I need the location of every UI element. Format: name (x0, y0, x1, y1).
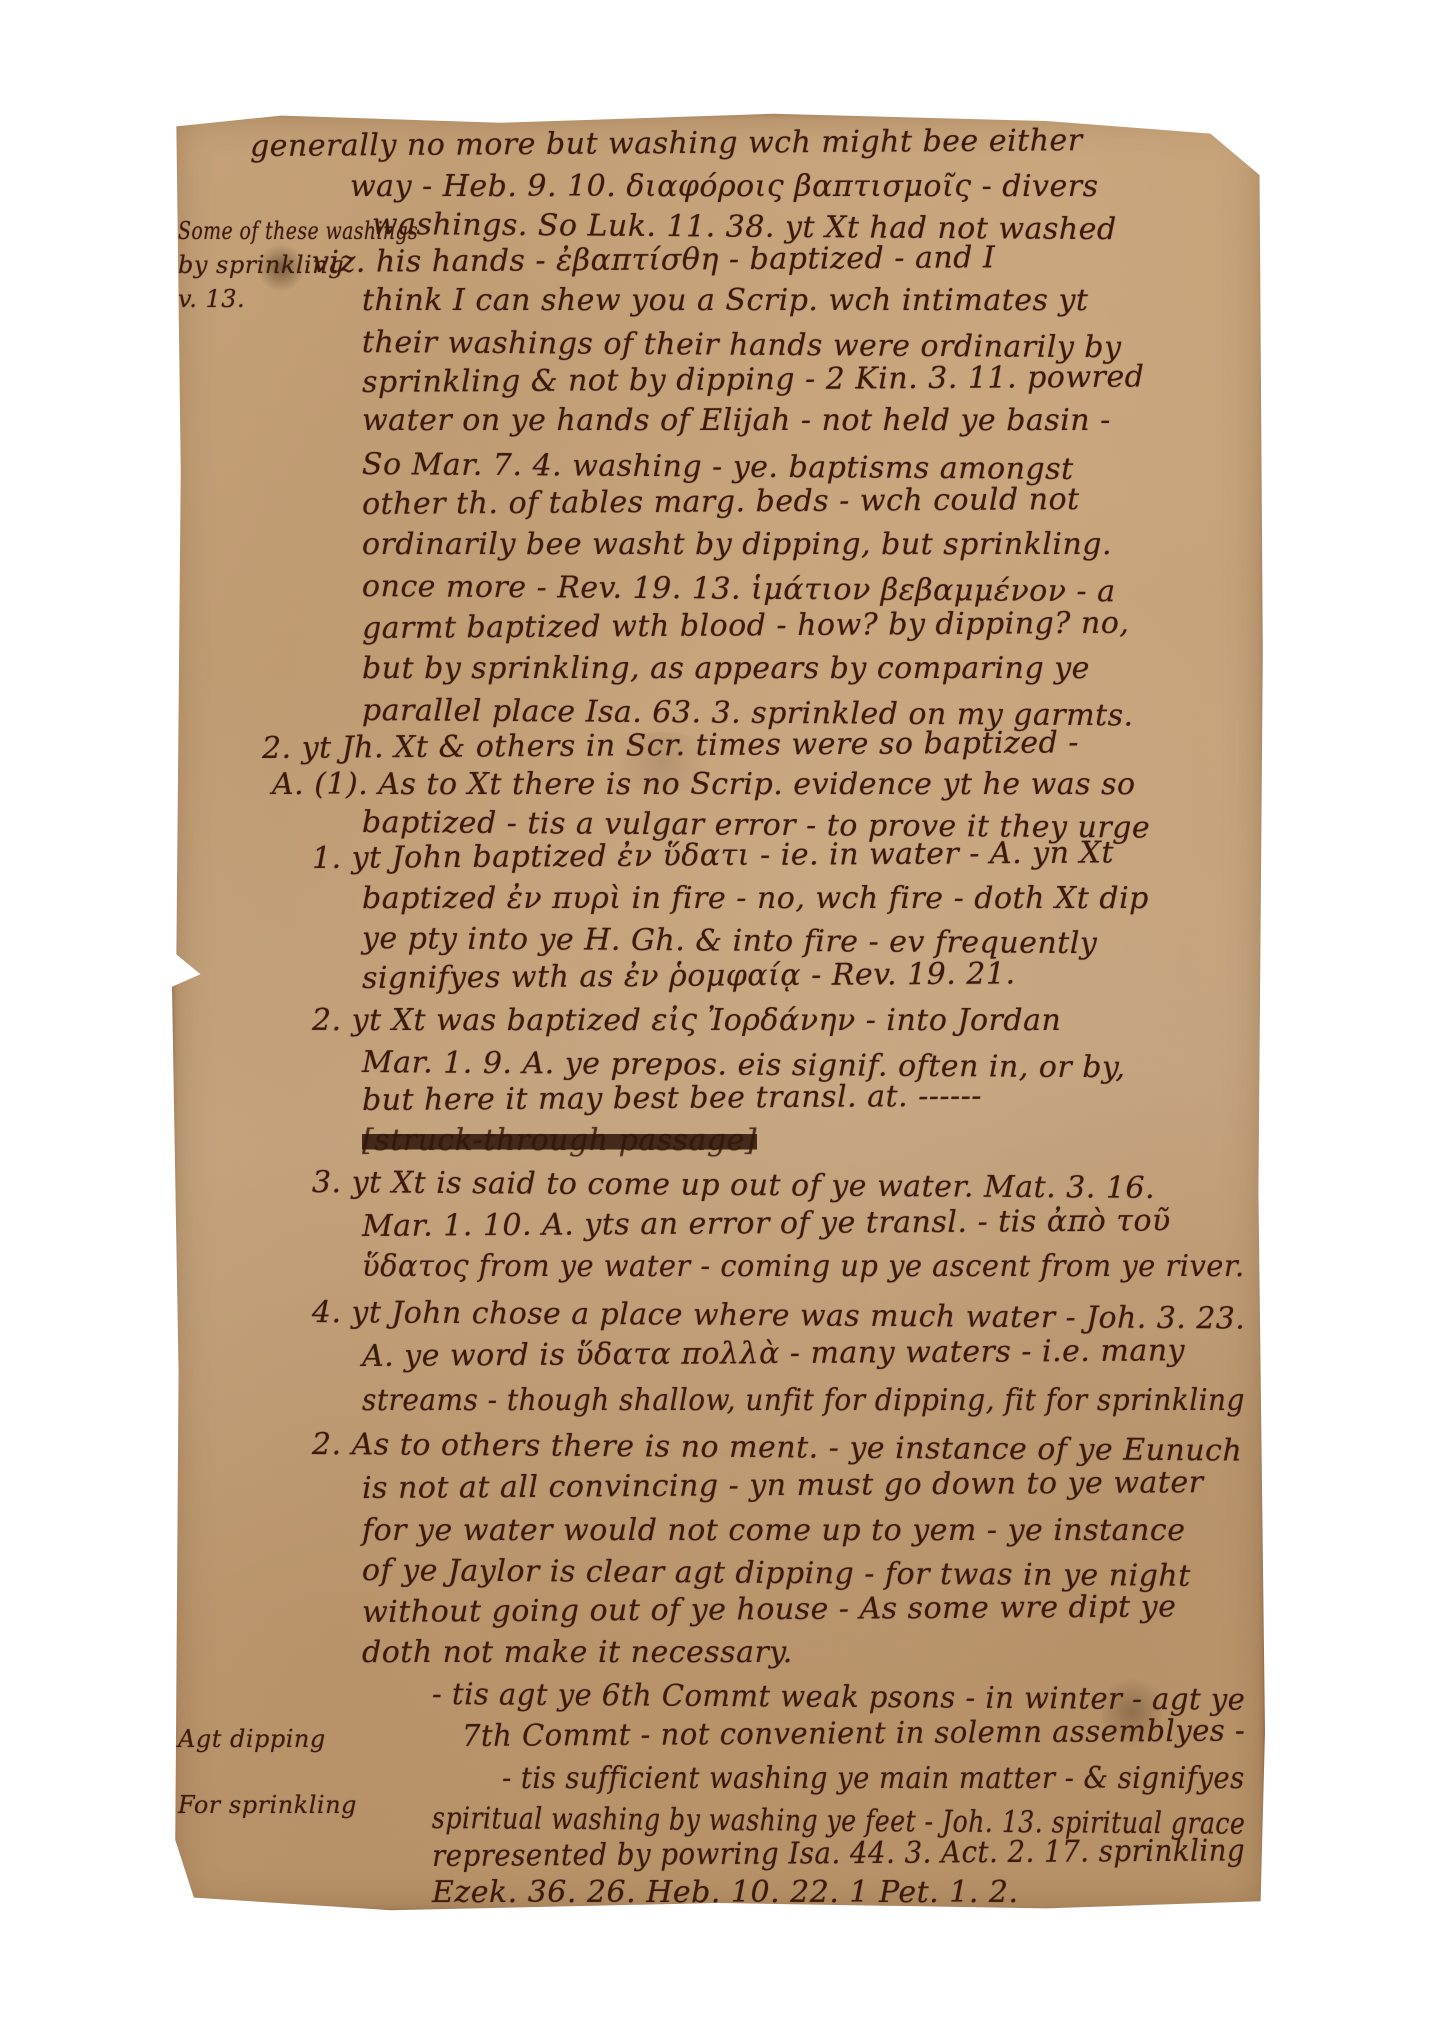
manuscript-line: baptized ἐν πυρὶ in fire - no, wch fire … (362, 882, 1149, 916)
manuscript-line: ordinarily bee washt by dipping, but spr… (362, 528, 1112, 562)
manuscript-line: represented by powring Isa. 44. 3. Act. … (432, 1834, 1245, 1874)
manuscript-line: way - Heb. 9. 10. διαφόροις βαπτισμοῖς -… (350, 170, 1099, 204)
manuscript-line: 2. yt Xt was baptized εἰς Ἰορδάνην - int… (312, 1004, 1061, 1038)
manuscript-page: generally no more but washing wch might … (172, 112, 1265, 1912)
manuscript-line: sprinkling & not by dipping - 2 Kin. 3. … (362, 361, 1145, 400)
manuscript-line: ὕδατος from ye water - coming up ye asce… (362, 1250, 1245, 1284)
manuscript-line: garmt baptized wth blood - how? by dippi… (362, 607, 1130, 646)
manuscript-line: without going out of ye house - As some … (362, 1590, 1177, 1630)
manuscript-line: streams - though shallow, unfit for dipp… (362, 1384, 1245, 1418)
margin-note: Some of these washings (178, 214, 418, 248)
manuscript-line: A. (1). As to Xt there is no Scrip. evid… (272, 768, 1136, 802)
manuscript-line: 3. yt Xt is said to come up out of ye wa… (312, 1166, 1155, 1206)
margin-note: v. 13. (178, 282, 245, 316)
manuscript-line: doth not make it necessary. (362, 1636, 793, 1670)
manuscript-text: generally no more but washing wch might … (172, 112, 1265, 1912)
margin-note: For sprinkling (178, 1788, 357, 1822)
manuscript-line: generally no more but washing wch might … (250, 124, 1083, 164)
manuscript-line: 1. yt John baptized ἐν ὕδατι - ie. in wa… (312, 836, 1114, 876)
struck-through-line: [struck-through passage] (362, 1124, 757, 1158)
manuscript-line: but here it may best bee transl. at. ---… (362, 1080, 982, 1118)
manuscript-line: think I can shew you a Scrip. wch intima… (362, 284, 1088, 318)
manuscript-line: ye pty into ye H. Gh. & into fire - ev f… (362, 922, 1098, 961)
manuscript-line: 4. yt John chose a place where was much … (312, 1296, 1246, 1337)
manuscript-line: Mar. 1. 10. A. yts an error of ye transl… (362, 1204, 1171, 1244)
manuscript-line: 2. yt Jh. Xt & others in Scr. times were… (262, 726, 1079, 766)
manuscript-line: 7th Commt - not convenient in solemn ass… (462, 1715, 1245, 1754)
margin-note: by sprinkling (178, 248, 344, 282)
manuscript-line: their washings of their hands were ordin… (362, 326, 1122, 365)
manuscript-line: - tis sufficient washing ye main matter … (502, 1762, 1245, 1796)
manuscript-line: but by sprinkling, as appears by compari… (362, 652, 1090, 686)
manuscript-line: signifyes wth as ἐν ῥομφαίᾳ - Rev. 19. 2… (362, 957, 1016, 996)
manuscript-line: 2. As to others there is no ment. - ye i… (312, 1428, 1242, 1468)
manuscript-line: other th. of tables marg. beds - wch cou… (362, 483, 1080, 522)
manuscript-line: - tis agt ye 6th Commt weak psons - in w… (432, 1678, 1246, 1718)
margin-note: Agt dipping (178, 1722, 326, 1756)
manuscript-line: is not at all convincing - yn must go do… (362, 1466, 1204, 1506)
manuscript-line: once more - Rev. 19. 13. ἱμάτιον βεβαμμέ… (362, 570, 1116, 609)
manuscript-line: A. ye word is ὕδατα πολλὰ - many waters … (362, 1334, 1185, 1374)
manuscript-line: water on ye hands of Elijah - not held y… (362, 404, 1111, 438)
manuscript-line: of ye Jaylor is clear agt dipping - for … (362, 1554, 1191, 1594)
manuscript-line: Ezek. 36. 26. Heb. 10. 22. 1 Pet. 1. 2. (432, 1876, 1019, 1910)
manuscript-line: So Mar. 7. 4. washing - ye. baptisms amo… (362, 448, 1074, 487)
manuscript-line: for ye water would not come up to yem - … (362, 1514, 1185, 1548)
